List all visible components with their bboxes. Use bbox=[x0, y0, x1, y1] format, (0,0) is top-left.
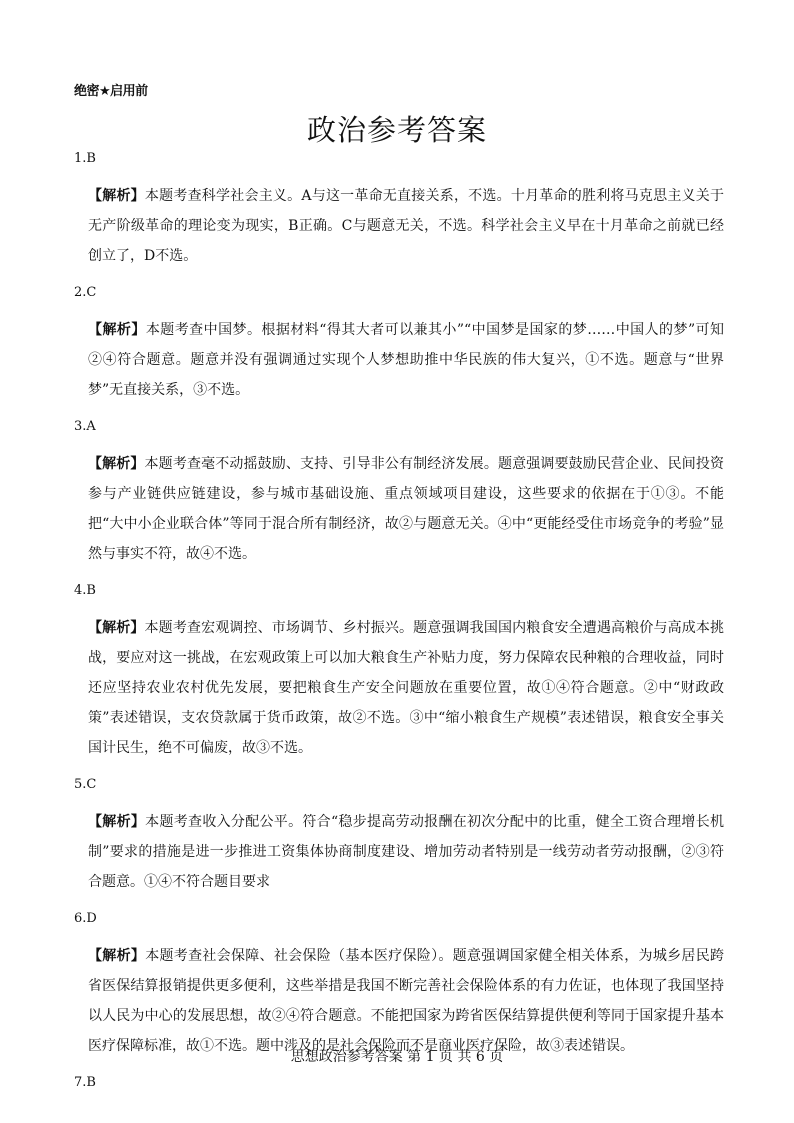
page-footer: 思想政治参考答案 第 1 页 共 6 页 bbox=[0, 1046, 794, 1066]
answer-list: 1.B 【解析】本题考查科学社会主义。A与这一革命无直接关系，不选。十月革命的胜… bbox=[74, 151, 724, 1105]
explanation: 【解析】本题考查毫不动摇鼓励、支持、引导非公有制经济发展。题意强调要鼓励民营企业… bbox=[88, 449, 724, 569]
explanation-tag: 【解析】 bbox=[88, 948, 145, 964]
question-number: 1.B bbox=[74, 151, 724, 167]
question-number: 6.D bbox=[74, 911, 724, 927]
question-number: 3.A bbox=[74, 419, 724, 435]
question-number: 2.C bbox=[74, 285, 724, 301]
explanation-text: 本题考查毫不动摇鼓励、支持、引导非公有制经济发展。题意强调要鼓励民营企业、民间投… bbox=[88, 456, 724, 562]
explanation-tag: 【解析】 bbox=[88, 814, 145, 830]
explanation-tag: 【解析】 bbox=[88, 188, 145, 204]
explanation: 【解析】本题考查宏观调控、市场调节、乡村振兴。题意强调我国国内粮食安全遭遇高粮价… bbox=[88, 613, 724, 763]
explanation: 【解析】本题考查科学社会主义。A与这一革命无直接关系，不选。十月革命的胜利将马克… bbox=[88, 181, 724, 271]
explanation: 【解析】本题考查收入分配公平。符合“稳步提高劳动报酬在初次分配中的比重，健全工资… bbox=[88, 807, 724, 897]
explanation-text: 本题考查社会保障、社会保险（基本医疗保险）。题意强调国家健全相关体系，为城乡居民… bbox=[88, 948, 724, 1054]
explanation: 【解析】本题考查中国梦。根据材料“得其大者可以兼其小”“中国梦是国家的梦……中国… bbox=[88, 315, 724, 405]
explanation-text: 本题考查收入分配公平。符合“稳步提高劳动报酬在初次分配中的比重，健全工资合理增长… bbox=[88, 814, 724, 890]
page-title: 政治参考答案 bbox=[0, 108, 794, 149]
confidential-label: 绝密★启用前 bbox=[74, 80, 148, 99]
question-number: 5.C bbox=[74, 777, 724, 793]
explanation-tag: 【解析】 bbox=[88, 456, 145, 472]
explanation-text: 本题考查科学社会主义。A与这一革命无直接关系，不选。十月革命的胜利将马克思主义关… bbox=[88, 188, 724, 264]
explanation-text: 本题考查中国梦。根据材料“得其大者可以兼其小”“中国梦是国家的梦……中国人的梦”… bbox=[88, 322, 724, 398]
explanation-text: 本题考查宏观调控、市场调节、乡村振兴。题意强调我国国内粮食安全遭遇高粮价与高成本… bbox=[88, 620, 724, 756]
explanation-tag: 【解析】 bbox=[88, 322, 146, 338]
explanation-tag: 【解析】 bbox=[88, 620, 145, 636]
explanation: 【解析】本题考查社会保障、社会保险（基本医疗保险）。题意强调国家健全相关体系，为… bbox=[88, 941, 724, 1061]
question-number: 7.B bbox=[74, 1075, 724, 1091]
question-number: 4.B bbox=[74, 583, 724, 599]
